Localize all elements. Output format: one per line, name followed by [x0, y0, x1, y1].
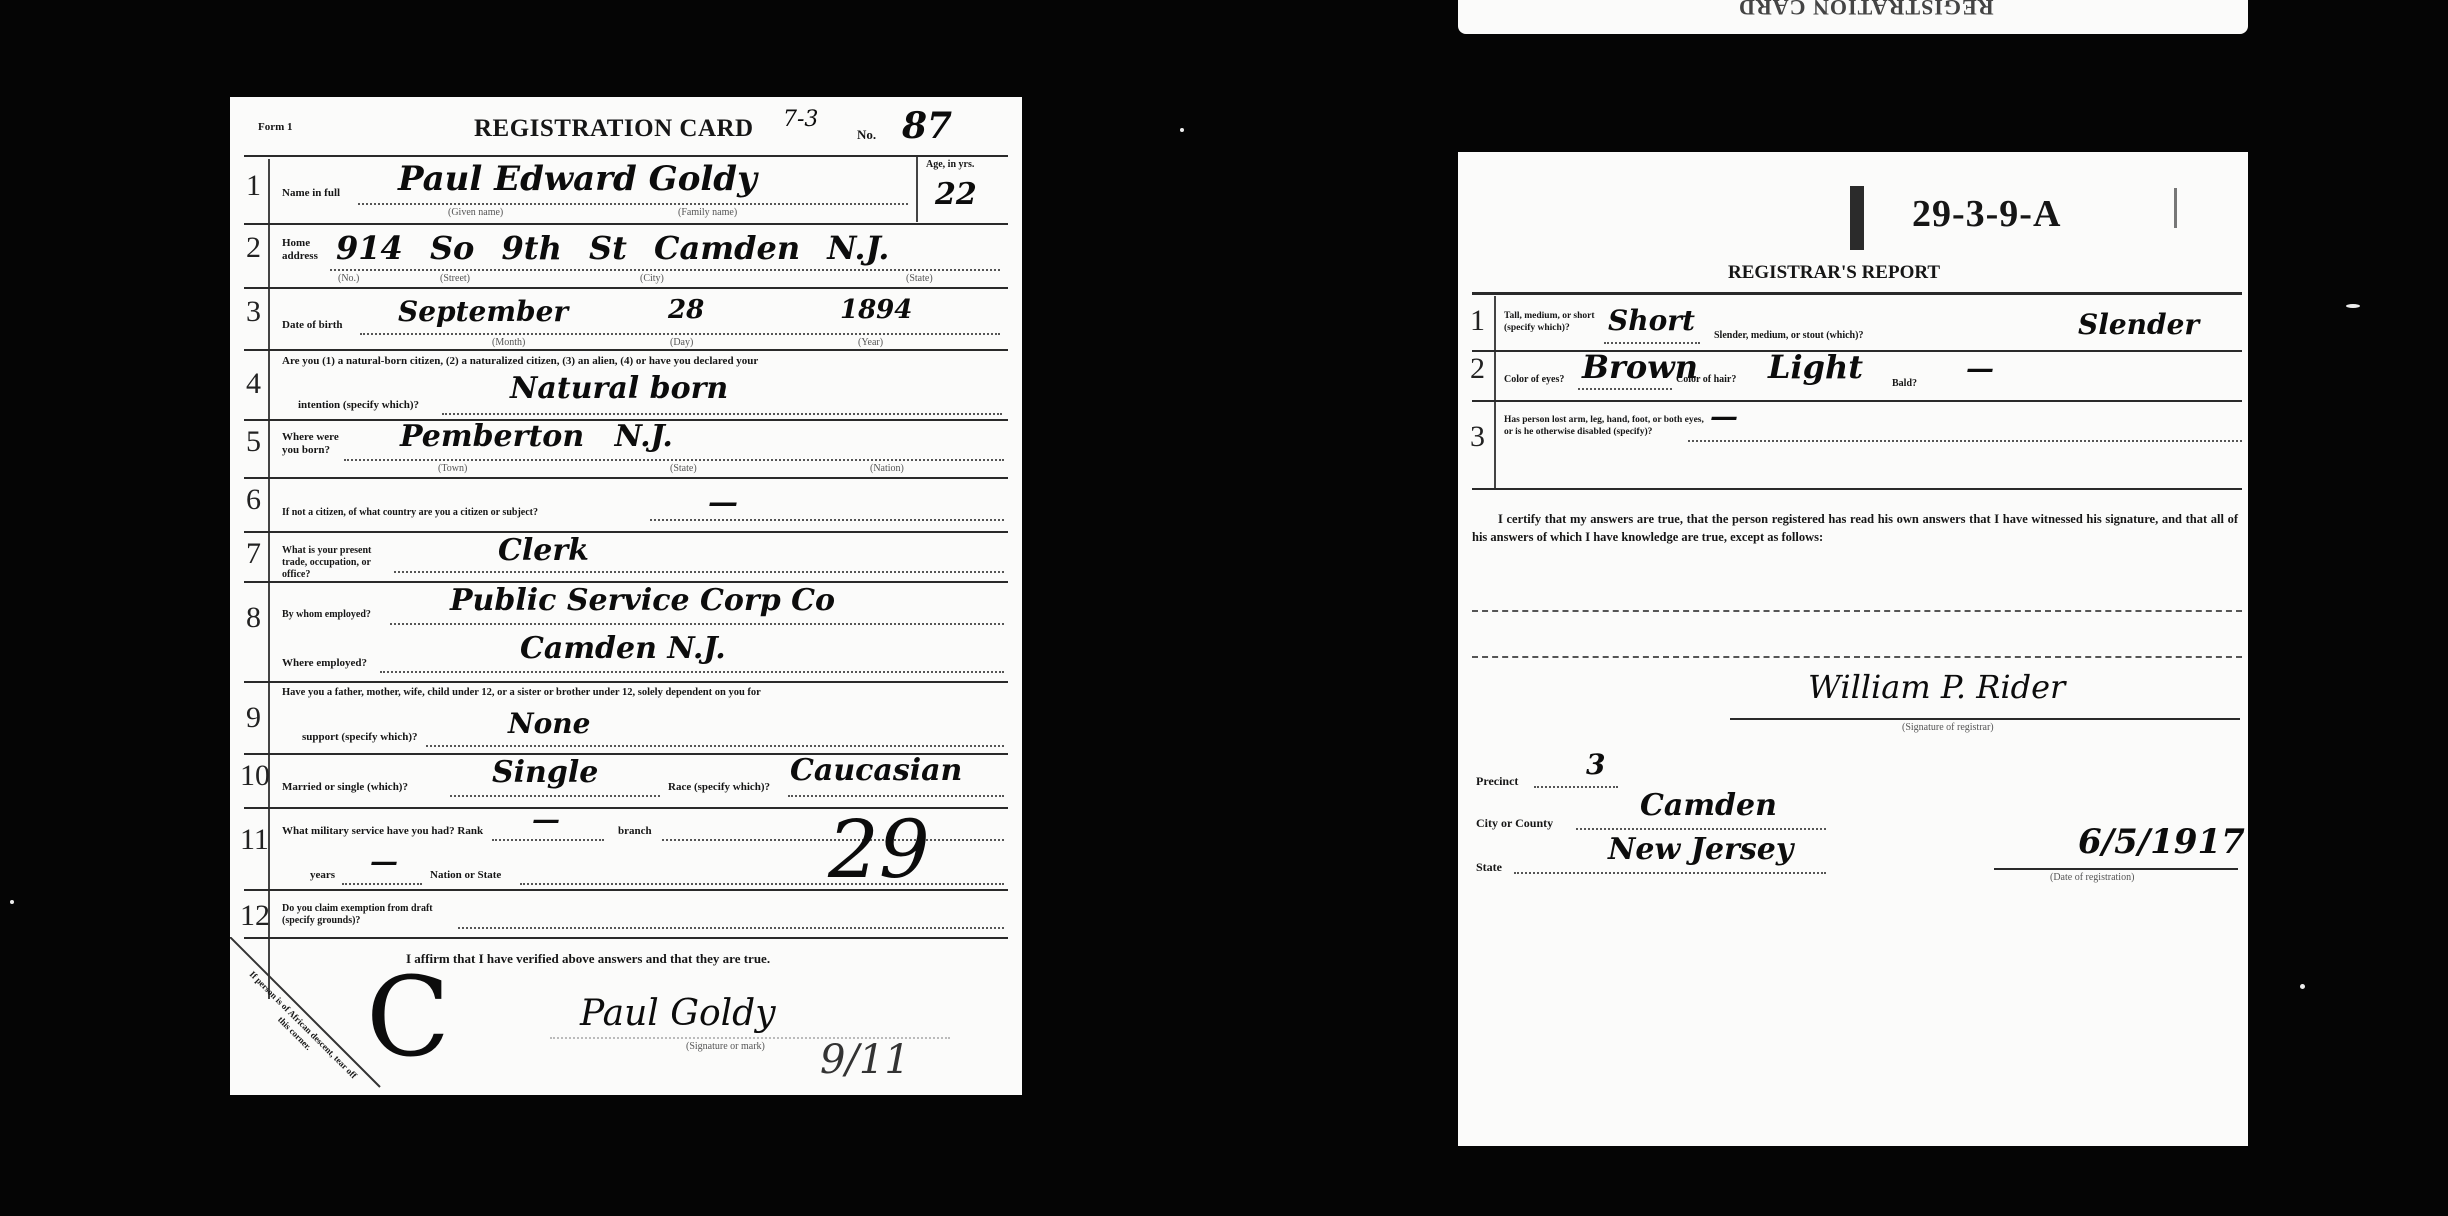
military-years-label: years: [310, 869, 335, 881]
marital-status-label: Married or single (which)?: [282, 781, 408, 793]
registrar-signature: William P. Rider: [1808, 668, 2065, 706]
bottom-mark: 9/11: [820, 1037, 910, 1083]
city-caption: (City): [640, 273, 664, 284]
height-label: Tall, medium, or short (specify which)?: [1504, 310, 1604, 334]
row-number: 12: [240, 899, 270, 933]
height-value: Short: [1608, 304, 1695, 337]
row-number: 9: [246, 701, 261, 735]
occupation-label: What is your present trade, occupation, …: [282, 545, 392, 581]
stamp-number: 29-3-9-A: [1912, 192, 2061, 236]
nation-caption: (Nation): [870, 463, 904, 474]
year-caption: (Year): [858, 337, 883, 348]
employment-place-value: Camden N.J.: [520, 631, 726, 666]
street-caption: (Street): [440, 273, 470, 284]
title-annotation: 7-3: [783, 107, 818, 132]
city-value: Camden: [1640, 788, 1777, 823]
build-label: Slender, medium, or stout (which)?: [1714, 330, 1863, 341]
precinct-value: 3: [1586, 748, 1605, 781]
disability-label: Has person lost arm, leg, hand, foot, or…: [1504, 414, 1704, 438]
serial-label: No.: [857, 127, 876, 143]
row-number: 4: [246, 367, 261, 401]
birthplace-value: Pemberton N.J.: [400, 419, 673, 454]
race-label: Race (specify which)?: [668, 781, 770, 793]
large-mark-29: 29: [828, 803, 930, 896]
row-number: 5: [246, 425, 261, 459]
registrant-signature: Paul Goldy: [580, 993, 776, 1034]
employer-label: By whom employed?: [282, 609, 371, 620]
card-title: REGISTRATION CARD: [474, 115, 754, 143]
film-speck: [2300, 984, 2305, 989]
exemption-label: Do you claim exemption from draft (speci…: [282, 903, 452, 927]
certification-text: I certify that my answers are true, that…: [1472, 510, 2238, 546]
form-label: Form 1: [258, 121, 293, 133]
citizenship-question: Are you (1) a natural-born citizen, (2) …: [282, 355, 758, 367]
military-branch-label: branch: [618, 825, 652, 837]
top-partial-card: REGISTRATION CARD: [1458, 0, 2248, 34]
employment-place-label: Where employed?: [282, 657, 367, 669]
registration-card: Form 1 REGISTRATION CARD 7-3 No. 87 1 Na…: [230, 97, 1022, 1095]
dob-year: 1894: [840, 295, 912, 325]
state-label: State: [1476, 860, 1502, 875]
stamp-bracket-right: [2174, 188, 2177, 228]
row-number: 2: [246, 231, 261, 265]
row-number: 8: [246, 601, 261, 635]
citizenship-value: Natural born: [510, 371, 728, 406]
registration-date: 6/5/1917: [2078, 822, 2245, 862]
mirrored-title: REGISTRATION CARD: [1738, 0, 1994, 20]
row-number: 3: [1470, 420, 1485, 454]
home-address-value: 914 So 9th St Camden N.J.: [336, 229, 889, 267]
row-number: 11: [240, 823, 269, 857]
birthplace-label: Where were you born?: [282, 431, 342, 457]
state-caption: (State): [906, 273, 933, 284]
dependents-value: None: [508, 707, 590, 740]
dependents-label: support (specify which)?: [302, 731, 418, 743]
day-caption: (Day): [670, 337, 693, 348]
given-name-caption: (Given name): [448, 207, 503, 218]
town-caption: (Town): [438, 463, 467, 474]
street-number-caption: (No.): [338, 273, 359, 284]
dob-day: 28: [668, 295, 704, 325]
stamp-bracket: [1850, 186, 1864, 250]
row-number: 1: [246, 169, 261, 203]
hair-color-label: Color of hair?: [1676, 374, 1736, 385]
dob-label: Date of birth: [282, 319, 343, 331]
hair-color-value: Light: [1768, 348, 1863, 386]
row-number: 1: [1470, 304, 1485, 338]
registrar-signature-caption: (Signature of registrar): [1902, 722, 1994, 733]
build-value: Slender: [2078, 308, 2199, 341]
home-address-label: Home address: [282, 237, 328, 263]
military-years-value: —: [370, 845, 398, 878]
military-rank-value: —: [532, 803, 560, 836]
age-value: 22: [935, 177, 977, 212]
state-value: New Jersey: [1608, 832, 1793, 867]
bald-value: —: [1966, 352, 1994, 385]
row-number: 3: [246, 295, 261, 329]
film-speck: [1180, 128, 1184, 132]
marital-status-value: Single: [492, 755, 598, 790]
serial-number: 87: [902, 105, 952, 147]
foreign-citizen-label: If not a citizen, of what country are yo…: [282, 507, 538, 518]
signature-caption: (Signature or mark): [686, 1041, 765, 1052]
nation-state-label: Nation or State: [430, 869, 501, 881]
name-label: Name in full: [282, 187, 340, 199]
row-number: 2: [1470, 352, 1485, 386]
dob-month: September: [398, 295, 568, 328]
month-caption: (Month): [492, 337, 525, 348]
birth-state-caption: (State): [670, 463, 697, 474]
precinct-label: Precinct: [1476, 774, 1518, 789]
city-label: City or County: [1476, 816, 1553, 831]
report-title: REGISTRAR'S REPORT: [1728, 262, 1940, 284]
military-rank-label: What military service have you had? Rank: [282, 825, 483, 837]
citizenship-label: intention (specify which)?: [298, 399, 419, 411]
age-label: Age, in yrs.: [926, 159, 974, 170]
name-value: Paul Edward Goldy: [398, 159, 757, 199]
family-name-caption: (Family name): [678, 207, 737, 218]
row-number: 6: [246, 483, 261, 517]
eye-color-label: Color of eyes?: [1504, 374, 1564, 385]
race-value: Caucasian: [790, 753, 962, 788]
tear-off-corner-line: [230, 937, 390, 1095]
occupation-value: Clerk: [498, 533, 589, 568]
row-number: 10: [240, 759, 270, 793]
dependents-question: Have you a father, mother, wife, child u…: [282, 687, 761, 698]
foreign-citizen-value: —: [708, 485, 738, 520]
film-speck: [2346, 304, 2360, 308]
affirmation-text: I affirm that I have verified above answ…: [406, 951, 770, 967]
row-number: 7: [246, 537, 261, 571]
bald-label: Bald?: [1892, 378, 1917, 389]
date-caption: (Date of registration): [2050, 872, 2134, 883]
registrars-report-card: 29-3-9-A REGISTRAR'S REPORT 1 Tall, medi…: [1458, 152, 2248, 1146]
employer-value: Public Service Corp Co: [450, 583, 835, 618]
film-speck: [10, 900, 14, 904]
disability-value: —: [1710, 400, 1738, 433]
